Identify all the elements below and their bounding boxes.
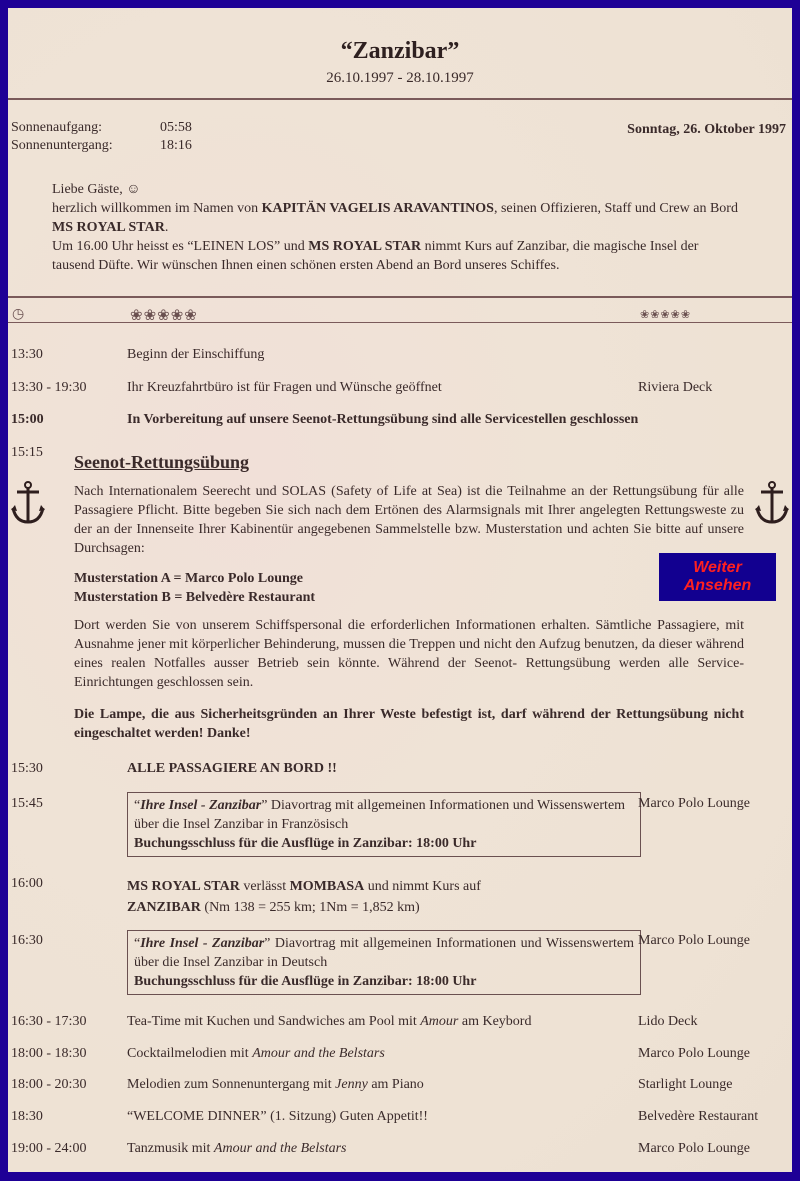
welcome-text: Liebe Gäste, ☺ herzlich willkommen im Na… bbox=[52, 180, 742, 275]
event-time: 16:30 bbox=[11, 933, 43, 949]
event-description: Cocktailmelodien mit Amour and the Belst… bbox=[127, 1046, 385, 1062]
divider bbox=[8, 322, 792, 323]
talk-box-german: “Ihre Insel - Zanzibar” Diavortrag mit a… bbox=[127, 930, 641, 995]
ship-name: MS ROYAL STAR bbox=[52, 220, 165, 235]
clock-icon: ◷ bbox=[12, 306, 25, 323]
section-title: Seenot-Rettungsübung bbox=[74, 452, 249, 473]
event-description: Ihr Kreuzfahrtbüro ist für Fragen und Wü… bbox=[127, 380, 442, 396]
booking-deadline: Buchungsschluss für die Ausflüge in Zanz… bbox=[134, 834, 634, 853]
drill-details: Dort werden Sie von unserem Schiffsperso… bbox=[74, 616, 744, 692]
event-description: In Vorbereitung auf unsere Seenot-Rettun… bbox=[127, 412, 638, 428]
event-location: Marco Polo Lounge bbox=[638, 933, 750, 949]
event-time: 18:00 - 20:30 bbox=[11, 1077, 86, 1093]
event-time: 15:30 bbox=[11, 761, 43, 777]
event-description: ALLE PASSAGIERE AN BORD !! bbox=[127, 761, 337, 777]
sunset-label: Sonnenuntergang: bbox=[11, 138, 113, 154]
divider bbox=[8, 296, 792, 298]
event-location: Marco Polo Lounge bbox=[638, 1046, 750, 1062]
muster-station-b: Musterstation B = Belvedère Restaurant bbox=[74, 588, 744, 607]
event-location: Lido Deck bbox=[638, 1014, 697, 1030]
event-time: 13:30 bbox=[11, 347, 43, 363]
event-time: 18:30 bbox=[11, 1109, 43, 1125]
welcome-paragraph-1: herzlich willkommen im Namen von KAPITÄN… bbox=[52, 199, 742, 237]
event-time: 18:00 - 18:30 bbox=[11, 1046, 86, 1062]
drill-instructions: Nach Internationalem Seerecht und SOLAS … bbox=[74, 482, 744, 558]
welcome-paragraph-2: Um 16.00 Uhr heisst es “LEINEN LOS” und … bbox=[52, 237, 742, 275]
event-location: Starlight Lounge bbox=[638, 1077, 733, 1093]
event-description: Tea-Time mit Kuchen und Sandwiches am Po… bbox=[127, 1014, 531, 1030]
booking-deadline: Buchungsschluss für die Ausflüge in Zanz… bbox=[134, 972, 634, 991]
event-description: “WELCOME DINNER” (1. Sitzung) Guten Appe… bbox=[127, 1109, 428, 1125]
event-location: Belvedère Restaurant bbox=[638, 1109, 758, 1125]
ship-name: MS ROYAL STAR bbox=[308, 239, 421, 254]
weiter-ansehen-button[interactable]: Weiter Ansehen bbox=[659, 553, 776, 601]
anchor-icon bbox=[10, 480, 46, 526]
event-time: 15:00 bbox=[11, 412, 44, 428]
event-location: Marco Polo Lounge bbox=[638, 1141, 750, 1157]
day-date: Sonntag, 26. Oktober 1997 bbox=[627, 122, 786, 138]
event-time: 15:15 bbox=[11, 445, 43, 461]
sunset-time: 18:16 bbox=[160, 138, 192, 154]
flower-icons: ❀❀❀❀❀ bbox=[640, 308, 691, 321]
event-time: 13:30 - 19:30 bbox=[11, 380, 86, 396]
event-description: Melodien zum Sonnenuntergang mit Jenny a… bbox=[127, 1077, 424, 1093]
talk-box-french: “Ihre Insel - Zanzibar” Diavortrag mit a… bbox=[127, 792, 641, 857]
event-location: Marco Polo Lounge bbox=[638, 796, 750, 812]
event-description: Beginn der Einschiffung bbox=[127, 347, 264, 363]
page-title: “Zanzibar” bbox=[8, 38, 792, 65]
event-time: 19:00 - 24:00 bbox=[11, 1141, 86, 1157]
sunrise-time: 05:58 bbox=[160, 120, 192, 136]
event-time: 16:00 bbox=[11, 876, 43, 892]
event-description: Tanzmusik mit Amour and the Belstars bbox=[127, 1141, 347, 1157]
date-range: 26.10.1997 - 28.10.1997 bbox=[8, 70, 792, 87]
drill-lamp-notice: Die Lampe, die aus Sicherheitsgründen an… bbox=[74, 705, 744, 743]
divider bbox=[8, 98, 792, 100]
sunrise-label: Sonnenaufgang: bbox=[11, 120, 102, 136]
captain-name: KAPITÄN VAGELIS ARAVANTINOS bbox=[262, 201, 494, 216]
event-time: 16:30 - 17:30 bbox=[11, 1014, 86, 1030]
program-page: “Zanzibar” 26.10.1997 - 28.10.1997 Sonne… bbox=[8, 8, 792, 1172]
event-location: Riviera Deck bbox=[638, 380, 712, 396]
event-description: MS ROYAL STAR verlässt MOMBASA und nimmt… bbox=[127, 876, 481, 918]
greeting: Liebe Gäste, ☺ bbox=[52, 180, 742, 199]
anchor-icon bbox=[754, 480, 790, 526]
event-time: 15:45 bbox=[11, 796, 43, 812]
muster-station-a: Musterstation A = Marco Polo Lounge bbox=[74, 569, 744, 588]
